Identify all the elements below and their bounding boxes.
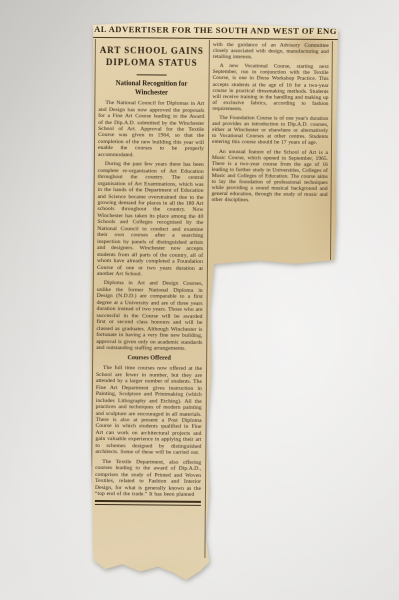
article-headline: ART SCHOOL GAINS DIPLOMA STATUS	[99, 45, 205, 69]
masthead-title: AL ADVERTISER FOR THE SOUTH AND WEST OF …	[94, 24, 337, 36]
subheading-line-2: Winchester	[98, 89, 204, 98]
article-paragraph: The Textile Department, also offering co…	[95, 459, 201, 499]
article-paragraph: The full time courses now offered at the…	[95, 365, 202, 456]
headline-line-1: ART SCHOOL GAINS	[99, 45, 205, 57]
right-edge-rule	[330, 41, 333, 260]
article-paragraph: Diploma in Art and Design Courses, unlik…	[96, 280, 203, 352]
article-subheading: National Recognition for Winchester	[98, 80, 204, 98]
article-paragraph: with the guidance of an Advisory Committ…	[213, 42, 329, 61]
bottom-double-rule	[95, 500, 201, 505]
newspaper-clipping: AL ADVERTISER FOR THE SOUTH AND WEST OF …	[87, 21, 339, 585]
article-paragraph: The National Council for Diplomas in Art…	[98, 100, 205, 159]
masthead: AL ADVERTISER FOR THE SOUTH AND WEST OF …	[92, 21, 339, 40]
article-right-column: with the guidance of an Advisory Committ…	[211, 42, 329, 259]
article-paragraph: The Foundation Course is of one year's d…	[212, 115, 328, 146]
clipping-paper: AL ADVERTISER FOR THE SOUTH AND WEST OF …	[87, 21, 339, 585]
headline-divider-rule	[137, 74, 167, 75]
article-paragraph: An unusual feature of the School of Art …	[212, 148, 328, 204]
section-heading-courses-offered: Courses Offered	[96, 354, 202, 363]
headline-line-2: DIPLOMA STATUS	[99, 56, 205, 68]
column-divider-rule	[204, 40, 210, 558]
article-paragraph: During the past few years there has been…	[97, 161, 204, 278]
article-paragraph: A new Vocational Course, starting next S…	[212, 63, 328, 113]
article-left-column: ART SCHOOL GAINS DIPLOMA STATUS National…	[95, 42, 205, 506]
photo-background: AL ADVERTISER FOR THE SOUTH AND WEST OF …	[0, 0, 399, 600]
